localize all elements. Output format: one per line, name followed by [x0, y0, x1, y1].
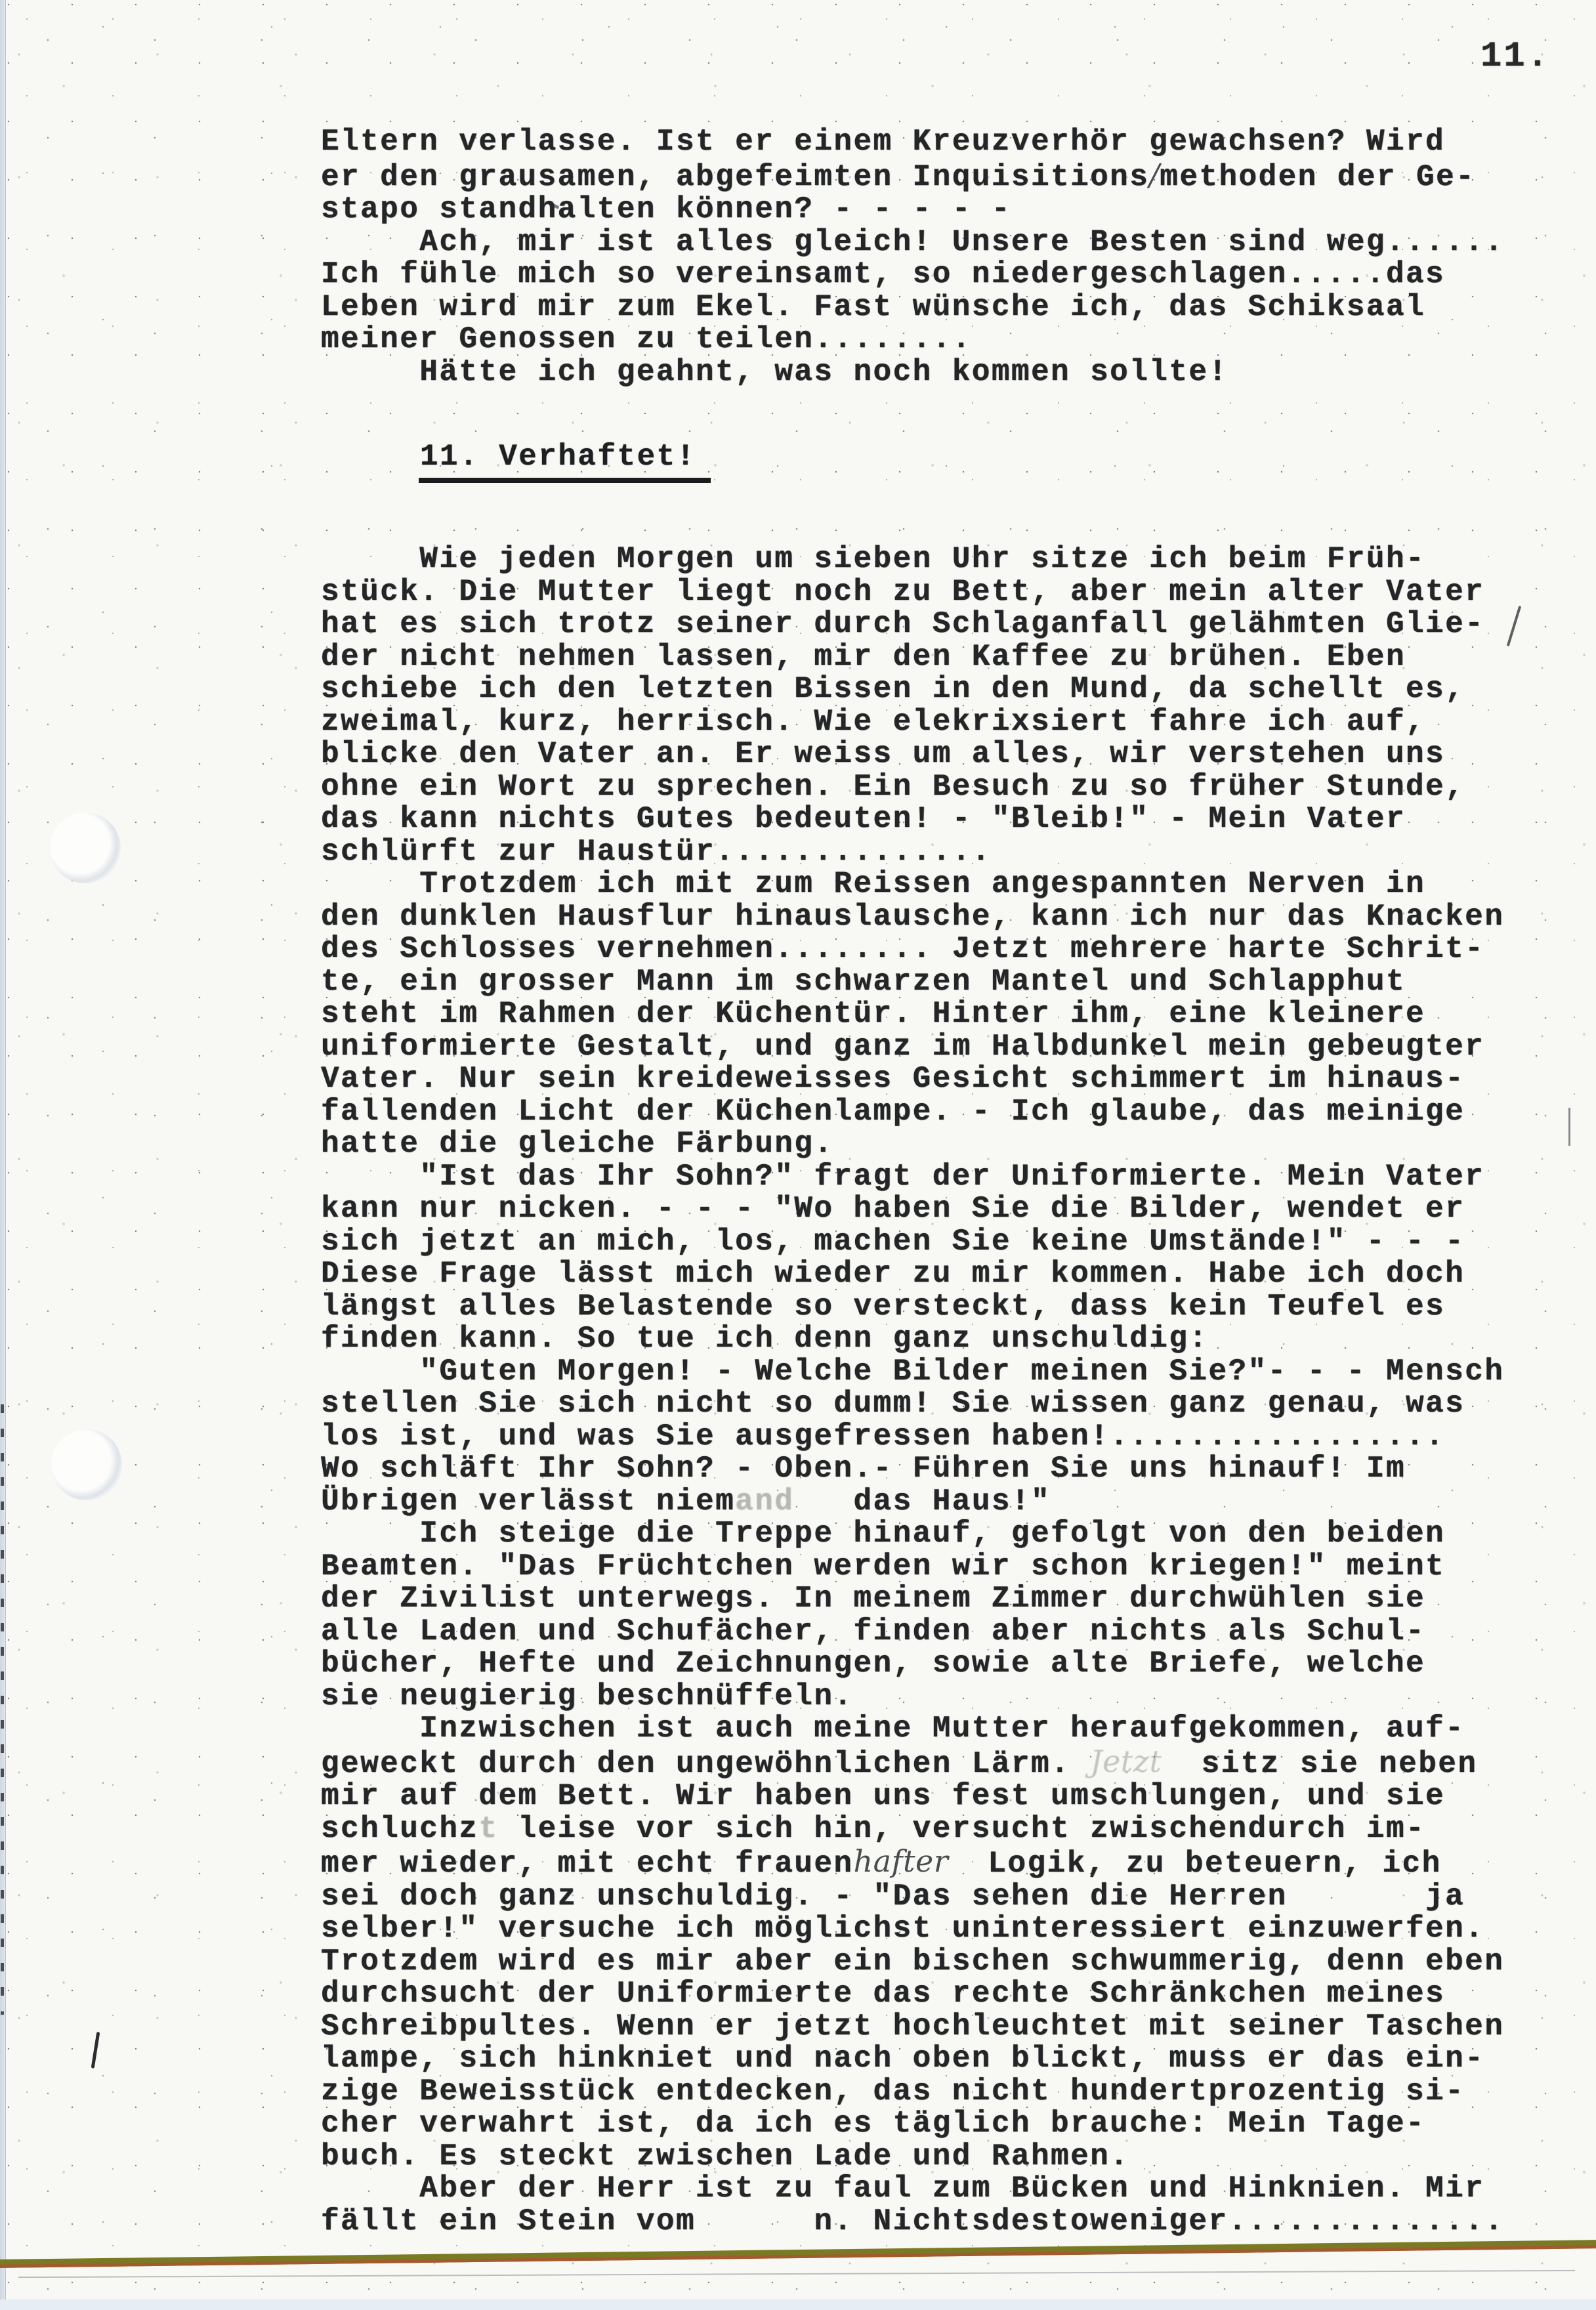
text-line: lampe, sich hinkniet und nach oben blick… [321, 2043, 1542, 2076]
text-line: das kann nichts Gutes bedeuten! - "Bleib… [321, 803, 1542, 836]
text-line: durchsucht der Uniformierte das rechte S… [321, 1978, 1542, 2011]
text-line: Ach, mir ist alles gleich! Unsere Besten… [321, 226, 1542, 259]
text-line: bücher, Hefte und Zeichnungen, sowie alt… [321, 1648, 1542, 1681]
scan-bottom-strip [0, 2299, 1596, 2310]
text-line: geweckt durch den ungewöhnlichen Lärm. J… [321, 1746, 1542, 1781]
intro-paragraphs: Eltern verlasse. Ist er einem Kreuzverhö… [321, 126, 1542, 388]
text-column: Eltern verlasse. Ist er einem Kreuzverhö… [321, 126, 1542, 2238]
text-line: Ich fühle mich so vereinsamt, so niederg… [321, 259, 1542, 291]
section-heading: 11. Verhaftet! [419, 440, 711, 483]
hole-punch-bottom [51, 1429, 122, 1500]
text-line: sei doch ganz unschuldig. - "Das sehen d… [321, 1881, 1542, 1914]
text-line: Eltern verlasse. Ist er einem Kreuzverhö… [321, 126, 1542, 159]
text-line: fallenden Licht der Küchenlampe. - Ich g… [321, 1096, 1542, 1129]
text-line: längst alles Belastende so versteckt, da… [321, 1291, 1542, 1324]
text-line: mer wieder, mit echt frauenhafter Logik,… [321, 1845, 1542, 1881]
text-line: uniformierte Gestalt, und ganz im Halbdu… [321, 1031, 1542, 1064]
scan-edge-dashes [1, 1404, 4, 2015]
text-line: der nicht nehmen lassen, mir den Kaffee … [321, 641, 1542, 674]
text-line: stellen Sie sich nicht so dumm! Sie wiss… [321, 1388, 1542, 1421]
text-line: der Zivilist unterwegs. In meinem Zimmer… [321, 1583, 1542, 1616]
text-line: te, ein grosser Mann im schwarzen Mantel… [321, 966, 1542, 999]
text-line: Ich steige die Treppe hinauf, gefolgt vo… [321, 1518, 1542, 1551]
text-line: schlürft zur Haustür.............. [321, 836, 1542, 869]
text-line: kann nur nicken. - - - "Wo haben Sie die… [321, 1193, 1542, 1226]
text-line: Trotzdem ich mit zum Reissen angespannte… [321, 868, 1542, 901]
text-line: mir auf dem Bett. Wir haben uns fest ums… [321, 1780, 1542, 1813]
text-line: schiebe ich den letzten Bissen in den Mu… [321, 673, 1542, 706]
text-line: sich jetzt an mich, los, machen Sie kein… [321, 1226, 1542, 1259]
body-paragraphs: Wie jeden Morgen um sieben Uhr sitze ich… [321, 543, 1542, 2238]
scanned-typewritten-page: 11. Eltern verlasse. Ist er einem Kreuzv… [0, 0, 1596, 2310]
text-line: den dunklen Hausflur hinauslausche, kann… [321, 901, 1542, 934]
ink-stroke-artifact [91, 2032, 100, 2068]
text-line: Inzwischen ist auch meine Mutter heraufg… [321, 1713, 1542, 1746]
scan-bottom-line [18, 2270, 1575, 2278]
text-line: Aber der Herr ist zu faul zum Bücken und… [321, 2173, 1542, 2206]
text-line: Wo schläft Ihr Sohn? - Oben.- Führen Sie… [321, 1453, 1542, 1486]
text-line: Diese Frage lässt mich wieder zu mir kom… [321, 1258, 1542, 1291]
text-line: Beamten. "Das Früchtchen werden wir scho… [321, 1551, 1542, 1584]
text-line: sie neugierig beschnüffeln. [321, 1681, 1542, 1713]
text-line: er den grausamen, abgefeimten Inquisitio… [321, 159, 1542, 194]
text-line: stapo standhalten können? - - - - - [321, 194, 1542, 226]
text-line: schluchzt leise vor sich hin, versucht z… [321, 1813, 1542, 1846]
text-line: hat es sich trotz seiner durch Schlaganf… [321, 608, 1542, 641]
text-line: des Schlosses vernehmen........ Jetzt me… [321, 933, 1542, 966]
margin-pencil-stroke [1568, 1108, 1570, 1146]
text-line: Schreibpultes. Wenn er jetzt hochleuchte… [321, 2011, 1542, 2044]
text-line: finden kann. So tue ich denn ganz unschu… [321, 1323, 1542, 1356]
text-line: ohne ein Wort zu sprechen. Ein Besuch zu… [321, 771, 1542, 804]
text-line: Hätte ich geahnt, was noch kommen sollte… [321, 356, 1542, 389]
text-line: Vater. Nur sein kreideweisses Gesicht sc… [321, 1063, 1542, 1096]
text-line: "Guten Morgen! - Welche Bilder meinen Si… [321, 1356, 1542, 1389]
text-line: meiner Genossen zu teilen........ [321, 324, 1542, 356]
text-line: blicke den Vater an. Er weiss um alles, … [321, 738, 1542, 771]
text-line: stück. Die Mutter liegt noch zu Bett, ab… [321, 576, 1542, 609]
section-heading-wrap: 11. Verhaftet! [419, 440, 1542, 483]
text-line: Trotzdem wird es mir aber ein bischen sc… [321, 1946, 1542, 1979]
text-line: los ist, und was Sie ausgefressen haben!… [321, 1421, 1542, 1454]
text-line: cher verwahrt ist, da ich es täglich bra… [321, 2108, 1542, 2141]
text-line: steht im Rahmen der Küchentür. Hinter ih… [321, 998, 1542, 1031]
text-line: Wie jeden Morgen um sieben Uhr sitze ich… [321, 543, 1542, 576]
text-line: "Ist das Ihr Sohn?" fragt der Uniformier… [321, 1161, 1542, 1194]
text-line: buch. Es steckt zwischen Lade und Rahmen… [321, 2141, 1542, 2173]
text-line: zige Beweisstück entdecken, das nicht hu… [321, 2076, 1542, 2109]
text-line: hatte die gleiche Färbung. [321, 1128, 1542, 1161]
page-number: 11. [1480, 37, 1550, 77]
hole-punch-top [50, 812, 121, 883]
text-line: Übrigen verlässt niemand das Haus!" [321, 1486, 1542, 1519]
text-line: selber!" versuche ich möglichst unintere… [321, 1913, 1542, 1946]
text-line: alle Laden und Schufächer, finden aber n… [321, 1616, 1542, 1648]
text-line: zweimal, kurz, herrisch. Wie elekrixsier… [321, 706, 1542, 739]
text-line: fällt ein Stein vom n. Nichtsdestowenige… [321, 2206, 1542, 2238]
scan-bottom-band [0, 2240, 1596, 2268]
text-line: Leben wird mir zum Ekel. Fast wünsche ic… [321, 291, 1542, 324]
